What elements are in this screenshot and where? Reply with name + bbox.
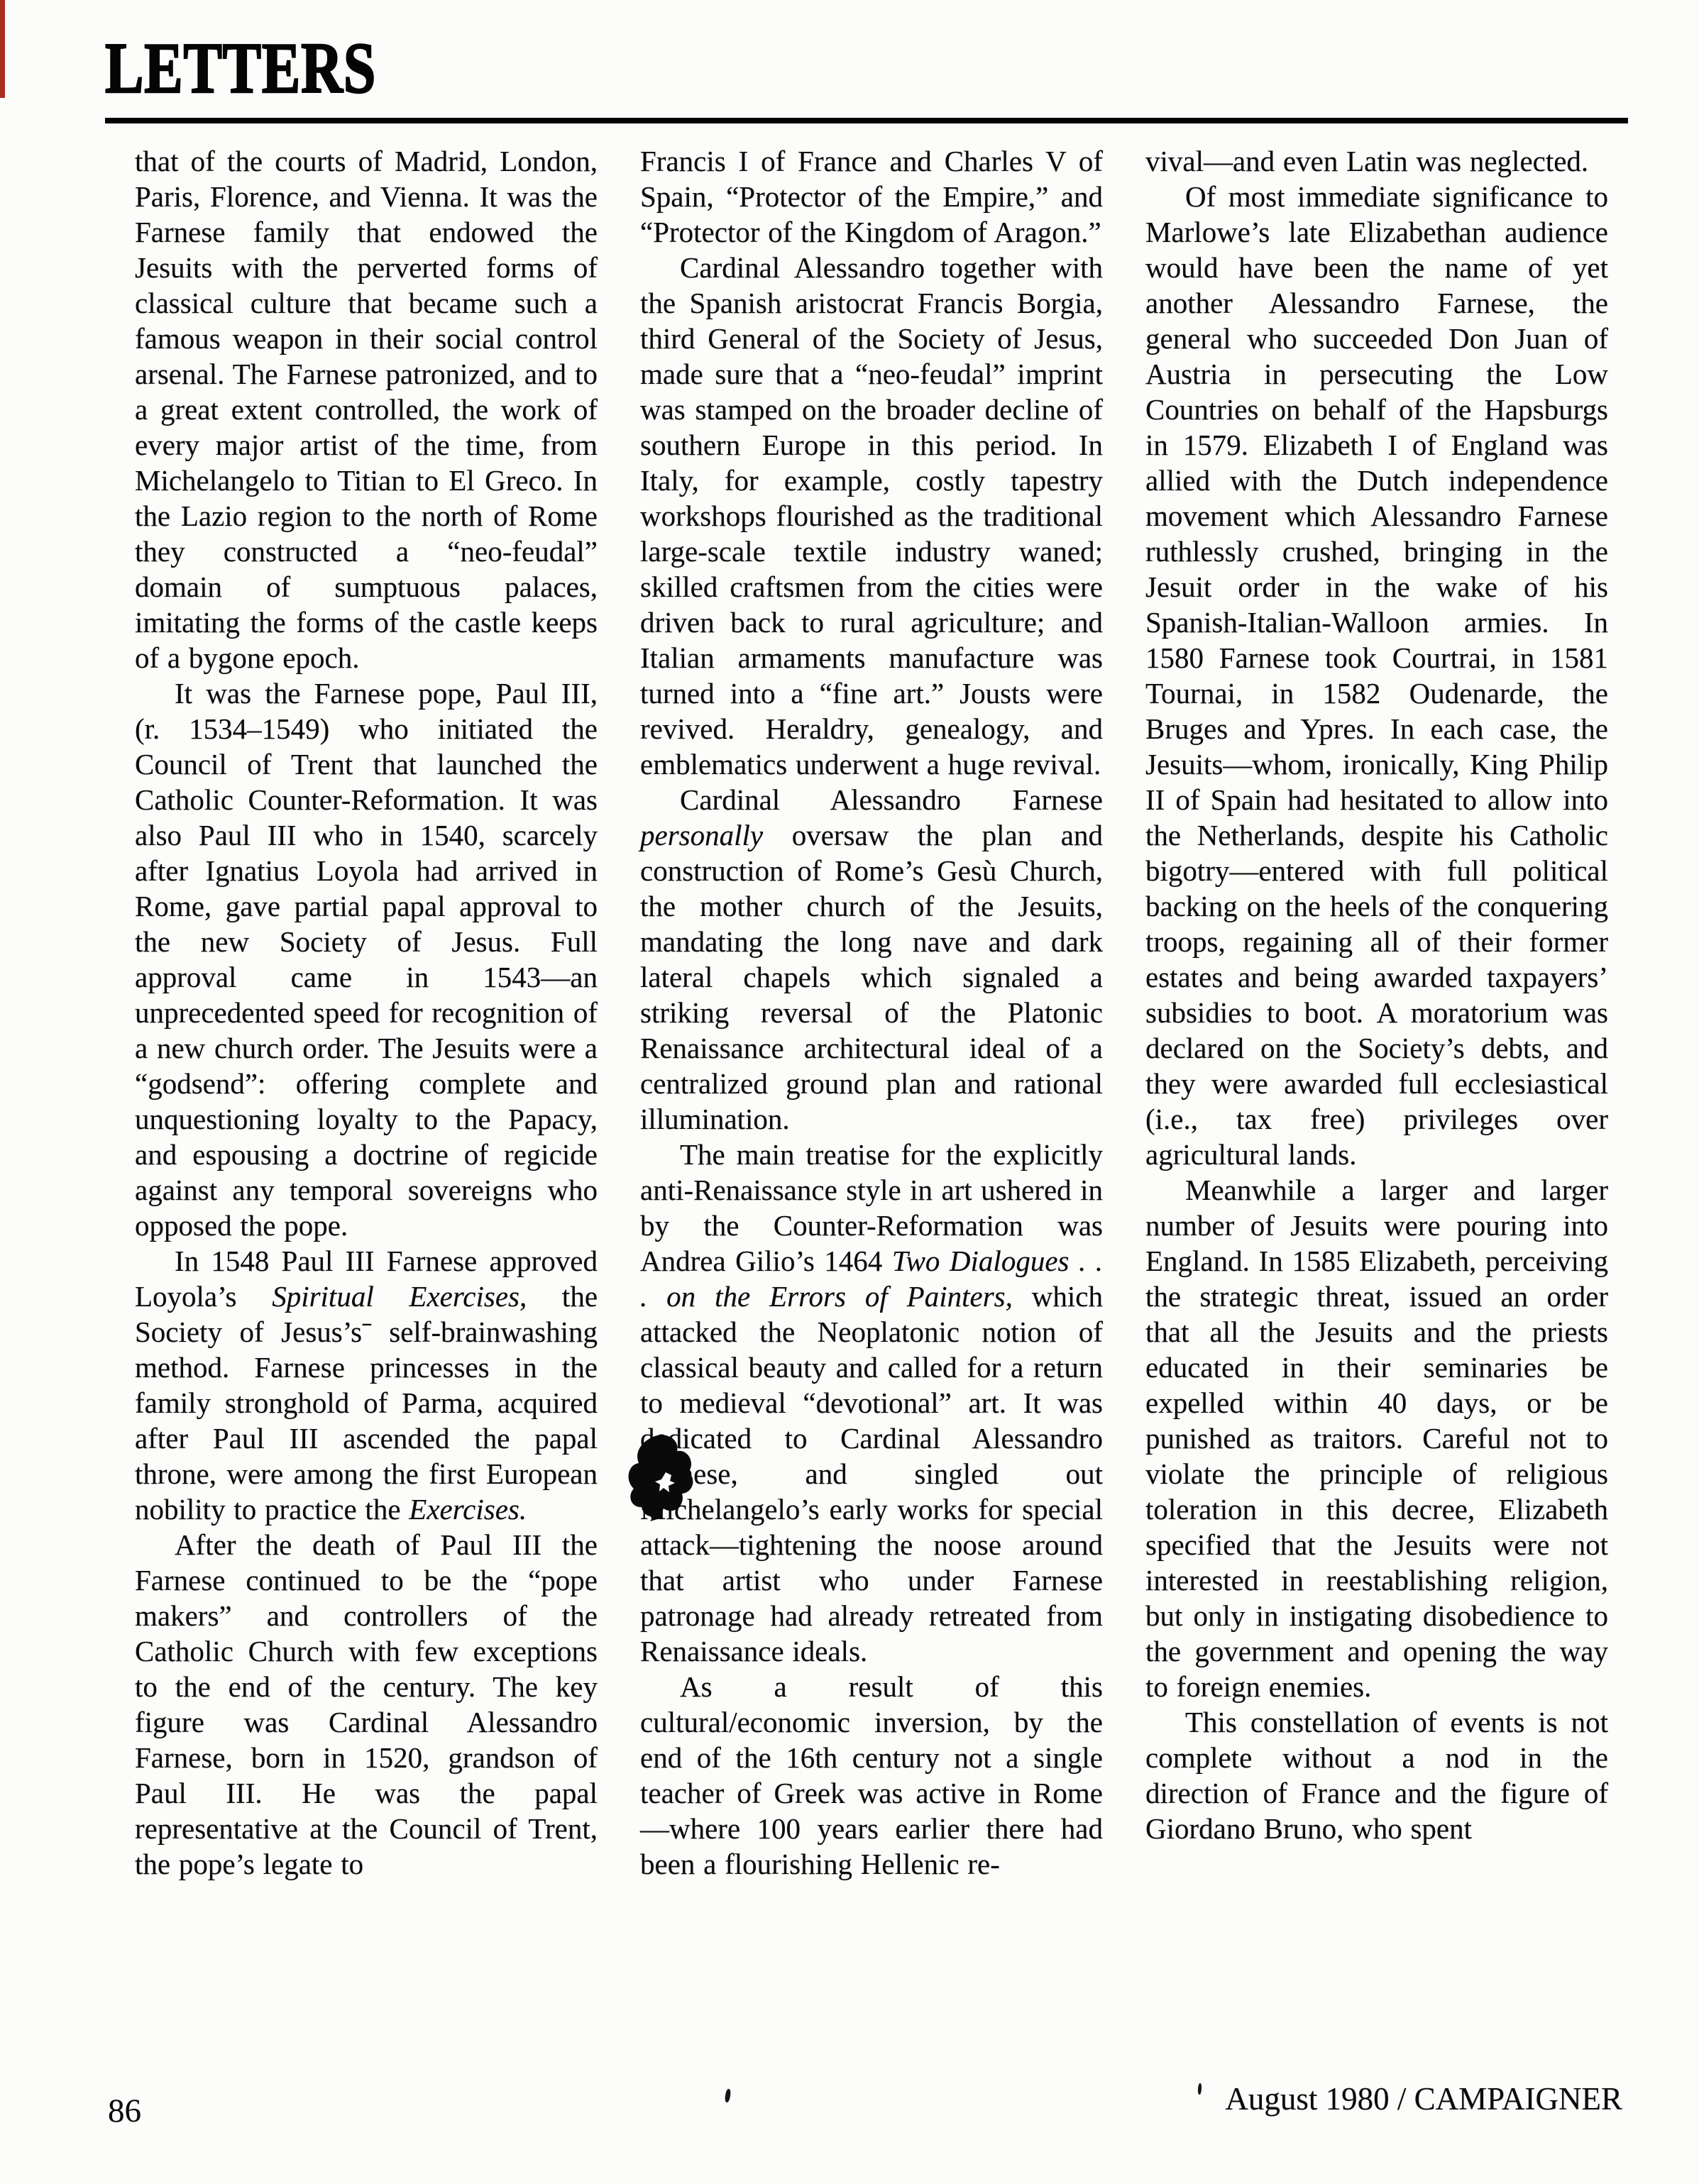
paragraph: that of the courts of Madrid, London, Pa… — [135, 143, 598, 675]
paragraph: Cardinal Alessandro together with the Sp… — [640, 250, 1103, 782]
text-column-3: vival—and even Latin was neglected.Of mo… — [1145, 143, 1608, 1846]
page-title: LETTERS — [105, 27, 376, 110]
scan-speck — [725, 2089, 732, 2103]
paragraph: Cardinal Alessandro Farnese personally o… — [640, 782, 1103, 1137]
ink-blot-artifact — [626, 1433, 705, 1523]
scan-edge-artifact — [0, 0, 5, 98]
text-column-2: Francis I of France and Charles V of Spa… — [640, 143, 1103, 1882]
page-number: 86 — [108, 2092, 141, 2130]
paragraph: As a result of this cultural/economic in… — [640, 1669, 1103, 1882]
paragraph: The main treatise for the explicitly ant… — [640, 1137, 1103, 1669]
paragraph: After the death of Paul III the Farnese … — [135, 1527, 598, 1882]
paragraph: Francis I of France and Charles V of Spa… — [640, 143, 1103, 250]
magazine-letters-page: LETTERS that of the courts of Madrid, Lo… — [0, 0, 1699, 2184]
paragraph: Meanwhile a larger and larger number of … — [1145, 1172, 1608, 1704]
paragraph: This constellation of events is not comp… — [1145, 1704, 1608, 1846]
text-column-1: that of the courts of Madrid, London, Pa… — [135, 143, 598, 1882]
issue-label: August 1980 / CAMPAIGNER — [1225, 2080, 1622, 2117]
paragraph: In 1548 Paul III Farnese approved Loyola… — [135, 1243, 598, 1527]
paragraph: vival—and even Latin was neglected. — [1145, 143, 1608, 179]
scan-speck — [1197, 2083, 1202, 2095]
paragraph: It was the Farnese pope, Paul III, (r. 1… — [135, 675, 598, 1243]
header-rule — [105, 118, 1628, 123]
paragraph: Of most immediate significance to Marlow… — [1145, 179, 1608, 1172]
